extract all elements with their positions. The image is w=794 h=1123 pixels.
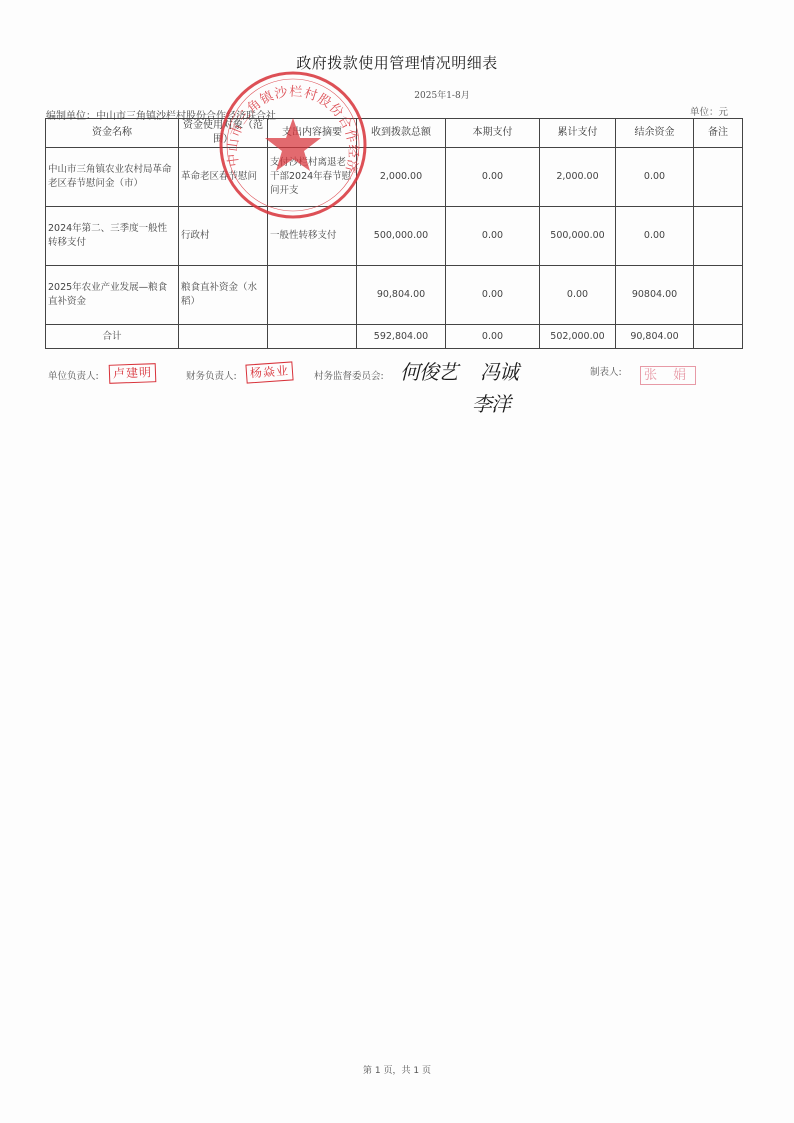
- cell-target: 行政村: [179, 207, 268, 266]
- supervision-signature-2: 冯诚: [480, 356, 518, 385]
- table-row: 中山市三角镇农业农村局革命老区春节慰问金（市） 革命老区春节慰问 支付沙栏村离退…: [46, 148, 743, 207]
- total-target: [179, 325, 268, 349]
- cell-current-paid: 0.00: [446, 148, 540, 207]
- unit-head-seal: 卢建明: [109, 363, 157, 384]
- supervision-signature-1: 何俊艺: [400, 356, 457, 385]
- finance-head-label: 财务负责人:: [186, 368, 237, 382]
- total-received: 592,804.00: [357, 325, 446, 349]
- header-cumulative-paid: 累计支付: [540, 119, 616, 148]
- cell-cumulative-paid: 2,000.00: [540, 148, 616, 207]
- cell-current-paid: 0.00: [446, 266, 540, 325]
- fund-usage-table: 资金名称 资金使用对象（范围） 支出内容摘要 收到拨款总额 本期支付 累计支付 …: [45, 118, 743, 349]
- total-summary: [268, 325, 357, 349]
- finance-head-seal: 杨焱业: [245, 361, 293, 383]
- header-fund-name: 资金名称: [46, 119, 179, 148]
- cell-fund-name: 2025年农业产业发展—粮食直补资金: [46, 266, 179, 325]
- cell-received: 90,804.00: [357, 266, 446, 325]
- preparer-label: 制表人:: [590, 364, 622, 378]
- cell-balance: 0.00: [616, 207, 694, 266]
- cell-received: 2,000.00: [357, 148, 446, 207]
- cell-balance: 0.00: [616, 148, 694, 207]
- total-balance: 90,804.00: [616, 325, 694, 349]
- supervision-signature-3: 李洋: [472, 388, 510, 417]
- cell-summary: 一般性转移支付: [268, 207, 357, 266]
- total-current-paid: 0.00: [446, 325, 540, 349]
- report-period: 2025年1-8月: [0, 88, 794, 101]
- cell-summary: 支付沙栏村离退老干部2024年春节慰问开支: [268, 148, 357, 207]
- page-indicator: 第 1 页，共 1 页: [0, 1063, 794, 1076]
- unit-head-label: 单位负责人:: [48, 368, 99, 382]
- currency-unit: 单位：元: [690, 104, 728, 118]
- cell-current-paid: 0.00: [446, 207, 540, 266]
- cell-summary: [268, 266, 357, 325]
- document-title: 政府拨款使用管理情况明细表: [0, 52, 794, 73]
- table-row: 2025年农业产业发展—粮食直补资金 粮食直补资金（水稻） 90,804.00 …: [46, 266, 743, 325]
- cell-received: 500,000.00: [357, 207, 446, 266]
- header-current-paid: 本期支付: [446, 119, 540, 148]
- preparer-seal: 张 娟: [640, 366, 696, 385]
- supervision-label: 村务监督委员会:: [314, 368, 384, 382]
- cell-fund-name: 中山市三角镇农业农村局革命老区春节慰问金（市）: [46, 148, 179, 207]
- total-remark: [694, 325, 743, 349]
- cell-balance: 90804.00: [616, 266, 694, 325]
- cell-remark: [694, 266, 743, 325]
- header-balance: 结余资金: [616, 119, 694, 148]
- header-summary: 支出内容摘要: [268, 119, 357, 148]
- total-cumulative-paid: 502,000.00: [540, 325, 616, 349]
- signature-section: 单位负责人: 卢建明 财务负责人: 杨焱业 村务监督委员会: 何俊艺 冯诚 李洋…: [48, 362, 748, 392]
- total-label: 合计: [46, 325, 179, 349]
- cell-cumulative-paid: 0.00: [540, 266, 616, 325]
- header-target: 资金使用对象（范围）: [179, 119, 268, 148]
- cell-remark: [694, 207, 743, 266]
- header-received: 收到拨款总额: [357, 119, 446, 148]
- cell-cumulative-paid: 500,000.00: [540, 207, 616, 266]
- header-remark: 备注: [694, 119, 743, 148]
- table-header-row: 资金名称 资金使用对象（范围） 支出内容摘要 收到拨款总额 本期支付 累计支付 …: [46, 119, 743, 148]
- table-row: 2024年第二、三季度一般性转移支付 行政村 一般性转移支付 500,000.0…: [46, 207, 743, 266]
- cell-fund-name: 2024年第二、三季度一般性转移支付: [46, 207, 179, 266]
- table-total-row: 合计 592,804.00 0.00 502,000.00 90,804.00: [46, 325, 743, 349]
- cell-remark: [694, 148, 743, 207]
- cell-target: 粮食直补资金（水稻）: [179, 266, 268, 325]
- cell-target: 革命老区春节慰问: [179, 148, 268, 207]
